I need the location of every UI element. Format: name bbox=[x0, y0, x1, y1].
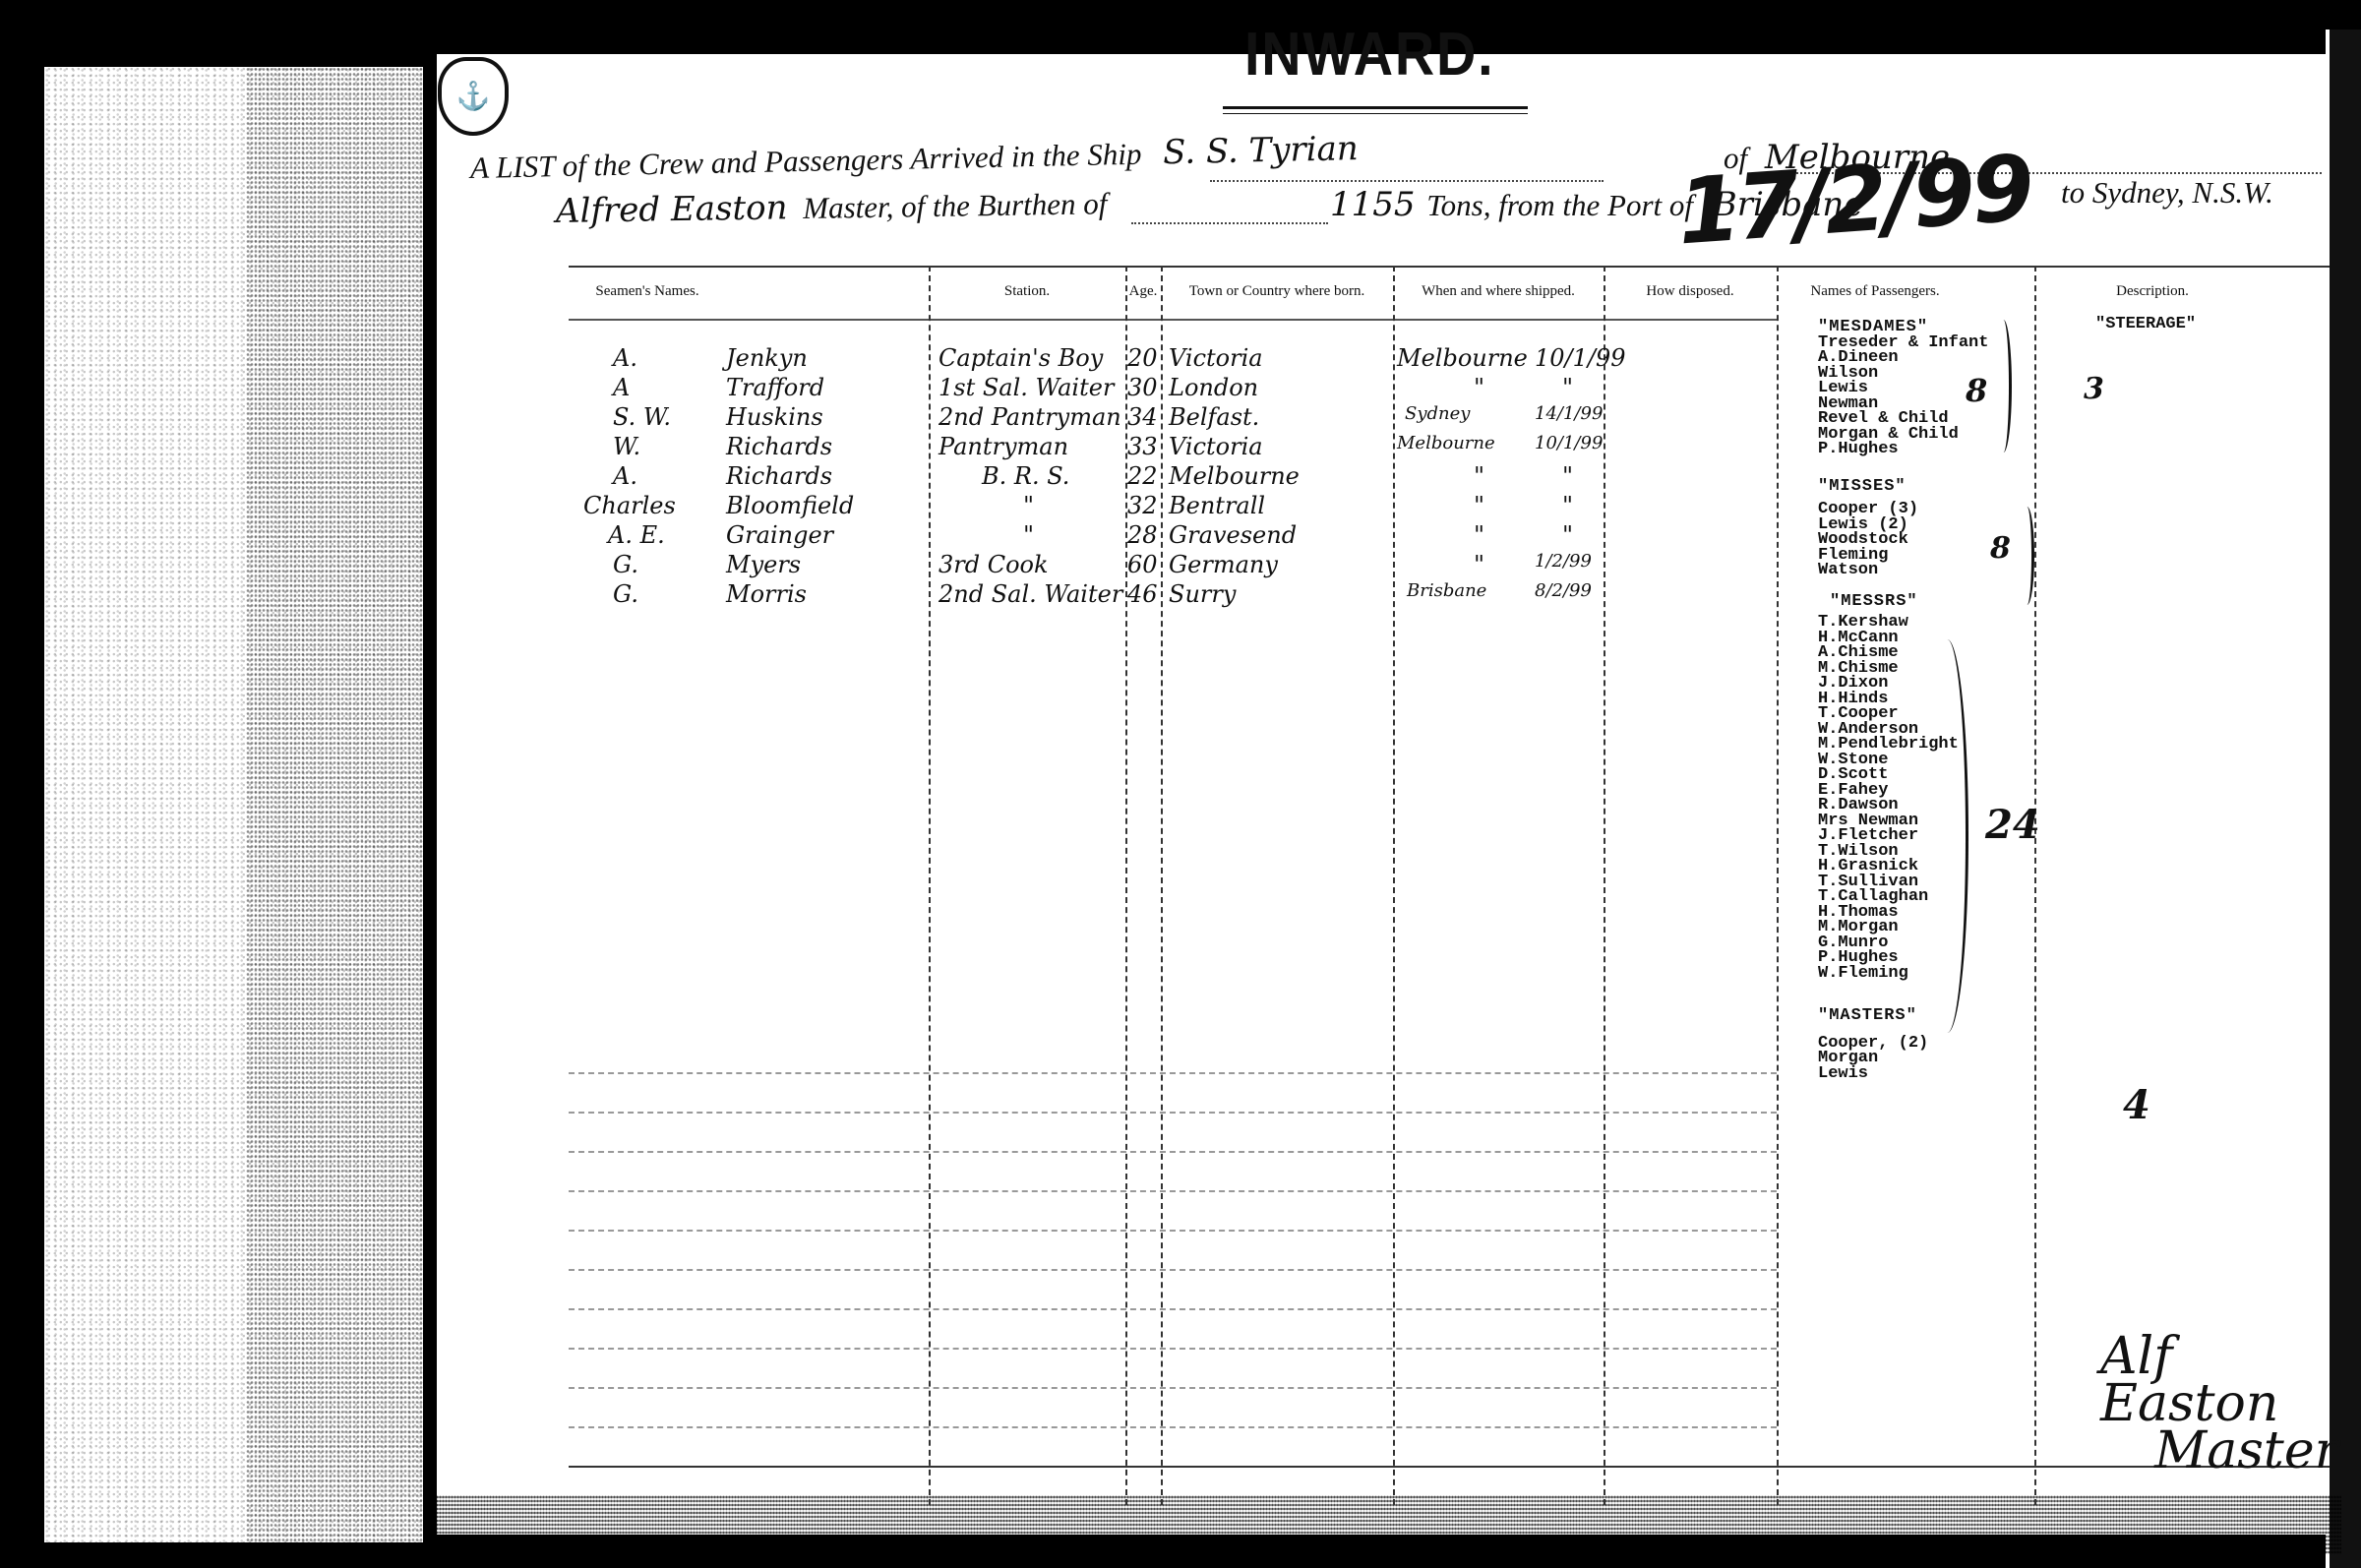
passenger-group-masters: "MASTERS" Cooper, (2) Morgan Lewis bbox=[1818, 1008, 1988, 1081]
col-header-seamen: Seamen's Names. bbox=[569, 283, 726, 300]
ship-name: S. S. Tyrian bbox=[1163, 129, 1359, 172]
tally-mesdames: 8 bbox=[1966, 372, 1987, 409]
crew-surname: Huskins bbox=[726, 403, 823, 431]
col-header-age: Age. bbox=[1125, 283, 1161, 300]
col-header-born: Town or Country where born. bbox=[1161, 283, 1393, 300]
group-title: "MISSES" bbox=[1818, 479, 1988, 495]
crew-born: Gravesend bbox=[1169, 521, 1297, 549]
binding-edge bbox=[423, 59, 437, 1568]
master-label: Master, of the Burthen of bbox=[803, 186, 1108, 225]
burthen-line bbox=[1131, 222, 1328, 224]
crew-shipped-when: " bbox=[1562, 492, 1573, 519]
group-title: "MESSRS" bbox=[1830, 594, 1988, 610]
crew-station: " bbox=[1023, 521, 1034, 549]
master-name: Alfred Easton bbox=[556, 188, 788, 231]
crew-shipped-where: " bbox=[1474, 374, 1484, 401]
crew-born: Victoria bbox=[1169, 433, 1263, 460]
crew-born: Victoria bbox=[1169, 344, 1263, 372]
crew-shipped-where: " bbox=[1474, 521, 1484, 549]
table-top-rule bbox=[569, 266, 2330, 268]
col-divider bbox=[1393, 266, 1395, 1505]
crew-age: 60 bbox=[1127, 551, 1158, 578]
ruled-line bbox=[569, 1308, 1777, 1310]
description-steerage: "STEERAGE" bbox=[2095, 315, 2196, 333]
crew-shipped-when: 14/1/99 bbox=[1535, 403, 1603, 424]
crew-surname: Grainger bbox=[726, 521, 833, 549]
crew-shipped-when: " bbox=[1562, 374, 1573, 401]
crew-age: 32 bbox=[1127, 492, 1158, 519]
crew-shipped-where: " bbox=[1474, 551, 1484, 578]
tons-label: Tons, from the Port of bbox=[1426, 188, 1693, 222]
ruled-line bbox=[569, 1190, 1777, 1192]
passenger-group-messrs: "MESSRS" bbox=[1830, 594, 1988, 610]
ruled-line bbox=[569, 1072, 1777, 1074]
brace-messrs bbox=[1926, 639, 1968, 1033]
crew-surname: Trafford bbox=[726, 374, 824, 401]
crew-shipped-when: 10/1/99 bbox=[1535, 344, 1626, 372]
ruled-line bbox=[569, 1112, 1777, 1114]
header-bottom-rule bbox=[569, 319, 1779, 321]
crew-born: Surry bbox=[1169, 580, 1236, 608]
crew-shipped-where: " bbox=[1474, 462, 1484, 490]
crew-passenger-table: Seamen's Names. Station. Age. Town or Co… bbox=[569, 266, 2330, 1505]
crew-shipped-where: Melbourne bbox=[1397, 433, 1495, 453]
ruled-line bbox=[569, 1269, 1777, 1271]
crew-surname: Myers bbox=[726, 551, 801, 578]
table-bottom-rule bbox=[569, 1466, 2330, 1468]
signature-name: Alf Easton bbox=[2100, 1333, 2361, 1427]
crew-station: 2nd Sal. Waiter bbox=[938, 580, 1122, 608]
tally-messrs: 24 bbox=[1985, 802, 2040, 848]
crew-born: Belfast. bbox=[1169, 403, 1259, 431]
crew-shipped-where: Brisbane bbox=[1407, 580, 1486, 601]
ruled-line bbox=[569, 1151, 1777, 1153]
title-rule bbox=[1223, 106, 1528, 114]
crew-shipped-when: " bbox=[1562, 462, 1573, 490]
seal-icon: ⚓ bbox=[438, 57, 509, 136]
crew-first: A. bbox=[613, 462, 637, 490]
crew-first: A bbox=[613, 374, 630, 401]
crew-first: S. W. bbox=[613, 403, 671, 431]
crew-first: W. bbox=[613, 433, 640, 460]
crew-shipped-when: 1/2/99 bbox=[1535, 551, 1592, 572]
crew-surname: Richards bbox=[726, 433, 832, 460]
crew-shipped-where: Sydney bbox=[1405, 403, 1470, 424]
crew-first: A. E. bbox=[608, 521, 665, 549]
col-divider bbox=[929, 266, 931, 1505]
crew-station: 1st Sal. Waiter bbox=[938, 374, 1114, 401]
crew-born: Bentrall bbox=[1169, 492, 1265, 519]
crew-station: Pantryman bbox=[938, 433, 1068, 460]
crew-first: G. bbox=[613, 580, 638, 608]
ship-name-line bbox=[1210, 180, 1604, 182]
crew-age: 28 bbox=[1127, 521, 1158, 549]
crew-station: Captain's Boy bbox=[938, 344, 1103, 372]
passenger-name: P.Hughes bbox=[1818, 442, 1988, 457]
passenger-group-misses: "MISSES" Cooper (3) Lewis (2) Woodstock … bbox=[1818, 479, 1988, 578]
ruled-line bbox=[569, 1426, 1777, 1428]
col-divider bbox=[1777, 266, 1779, 1505]
crew-age: 20 bbox=[1127, 344, 1158, 372]
tally-misses: 8 bbox=[1990, 531, 2011, 566]
crew-station: 2nd Pantryman bbox=[938, 403, 1121, 431]
crew-first: A. bbox=[613, 344, 637, 372]
signature-title: Master bbox=[2154, 1427, 2361, 1475]
facing-page bbox=[44, 67, 423, 1542]
crew-shipped-when: 8/2/99 bbox=[1535, 580, 1592, 601]
ruled-line bbox=[569, 1348, 1777, 1350]
crew-surname: Bloomfield bbox=[726, 492, 854, 519]
col-divider bbox=[1604, 266, 1605, 1505]
crew-station: B. R. S. bbox=[982, 462, 1069, 490]
crew-born: London bbox=[1169, 374, 1258, 401]
crew-station: 3rd Cook bbox=[938, 551, 1049, 578]
crew-born: Germany bbox=[1169, 551, 1278, 578]
tally-masters: 4 bbox=[2123, 1082, 2150, 1128]
crew-age: 46 bbox=[1127, 580, 1158, 608]
brace-mesdames bbox=[1995, 320, 2012, 452]
col-header-passengers: Names of Passengers. bbox=[1777, 283, 1973, 300]
master-signature: Alf Easton Master bbox=[2100, 1333, 2361, 1475]
crew-born: Melbourne bbox=[1169, 462, 1300, 490]
tonnage: 1155 bbox=[1330, 185, 1416, 224]
crew-age: 22 bbox=[1127, 462, 1158, 490]
col-divider bbox=[1161, 266, 1163, 1505]
crew-first: Charles bbox=[583, 492, 676, 519]
col-divider bbox=[2034, 266, 2036, 1505]
destination: to Sydney, N.S.W. bbox=[2061, 175, 2273, 211]
brace-misses bbox=[2020, 507, 2034, 605]
crew-surname: Richards bbox=[726, 462, 832, 490]
crew-station: " bbox=[1023, 492, 1034, 519]
crew-shipped-where: " bbox=[1474, 492, 1484, 519]
crew-age: 30 bbox=[1127, 374, 1158, 401]
crew-surname: Jenkyn bbox=[726, 344, 808, 372]
crew-shipped-when: 10/1/99 bbox=[1535, 433, 1603, 453]
col-header-disposed: How disposed. bbox=[1604, 283, 1777, 300]
crew-age: 33 bbox=[1127, 433, 1158, 460]
group-title: "MASTERS" bbox=[1818, 1008, 1988, 1024]
ruled-line bbox=[569, 1230, 1777, 1232]
crew-first: G. bbox=[613, 551, 638, 578]
crew-surname: Morris bbox=[726, 580, 807, 608]
col-header-description: Description. bbox=[2054, 283, 2251, 300]
passenger-name: Lewis bbox=[1818, 1066, 1988, 1082]
col-header-shipped: When and where shipped. bbox=[1393, 283, 1604, 300]
crew-shipped-when: " bbox=[1562, 521, 1573, 549]
crew-shipped-where: Melbourne bbox=[1397, 344, 1528, 372]
ruled-line bbox=[569, 1387, 1777, 1389]
col-header-station: Station. bbox=[929, 283, 1125, 300]
crew-age: 34 bbox=[1127, 403, 1158, 431]
page-title: INWARD. bbox=[1244, 20, 1494, 90]
passenger-name: Watson bbox=[1818, 563, 1988, 578]
desc-mark-mesdames: 3 bbox=[2084, 372, 2104, 406]
passenger-group-mesdames: "MESDAMES" Treseder & Infant A.Dineen Wi… bbox=[1818, 320, 1988, 457]
